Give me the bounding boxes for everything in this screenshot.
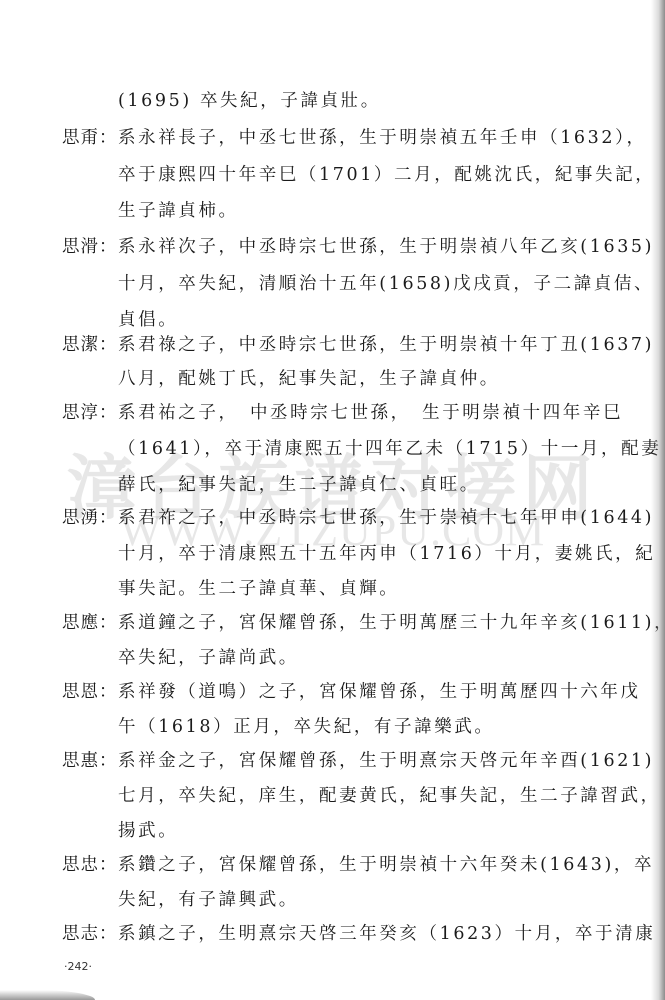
entry-name: 思滑： <box>62 236 118 258</box>
entry-line: 事失記。生二子諱貞華、貞輝。 <box>118 578 399 600</box>
scan-edge-shadow <box>651 0 665 1000</box>
page-number: ·242· <box>64 960 92 973</box>
entry-name: 思甭： <box>62 127 118 149</box>
entry-name: 思志： <box>62 923 118 945</box>
entry-name: 思忠： <box>62 854 118 876</box>
document-page: 漳台族谱对接网 WWW.ZTZUPU.COM (1695) 卒失紀，子諱貞壯。 … <box>0 0 665 1000</box>
entry-line: 系永祥次子，中丞時宗七世孫，生于明崇禎八年乙亥(1635) <box>118 236 654 258</box>
entry-line: 系君祐之子， 中丞時宗七世孫， 生于明崇禎十四年辛巳 <box>118 402 623 424</box>
entry-line: 系君祚之子，中丞時宗七世孫，生于崇禎十七年甲申(1644) <box>118 507 654 529</box>
entry-name: 思恩： <box>62 681 118 703</box>
entry-line: 系永祥長子，中丞七世孫，生于明崇禎五年壬申（1632）， <box>118 127 647 149</box>
entry-line: 十月，卒于清康熙五十五年丙申（1716）十月，妻姚氏，紀 <box>118 543 655 565</box>
entry-name: 思潔： <box>62 334 118 356</box>
entry-line: 系鎮之子，生明熹宗天啓三年癸亥（1623）十月，卒于清康 <box>118 923 655 945</box>
entry-line: 午（1618）正月，卒失紀，有子諱樂武。 <box>118 716 495 738</box>
entry-line: 卒失紀，子諱尚武。 <box>118 647 299 669</box>
entry-line: 卒于康熙四十年辛巳（1701）二月，配姚沈氏，紀事失記， <box>118 164 655 186</box>
entry-line: 八月，配姚丁氏，紀事失記，生子諱貞仲。 <box>118 368 500 390</box>
entry-name: 思惠： <box>62 750 118 772</box>
entry-line: 系道鐘之子，宮保耀曾孫，生于明萬歷三十九年辛亥(1611)， <box>118 612 665 634</box>
entry-line: 十月，卒失紀，清順治十五年(1658)戊戌貢，子二諱貞佶、 <box>118 273 654 295</box>
scan-bottom-shadow <box>0 990 95 1000</box>
entry-line: （1641），卒于清康熙五十四年乙未（1715）十一月，配妻 <box>118 438 661 460</box>
entry-line: 系鑽之子，宮保耀曾孫，生于明崇禎十六年癸未(1643)，卒 <box>118 854 654 876</box>
entry-name: 思應： <box>62 612 118 634</box>
entry-line: 貞倡。 <box>118 309 178 331</box>
entry-line: 失紀，有子諱興武。 <box>118 889 299 911</box>
continuation-line: (1695) 卒失紀，子諱貞壯。 <box>118 90 381 112</box>
entry-line: 系祥發（道鳴）之子，宮保耀曾孫，生于明萬歷四十六年戊 <box>118 681 641 703</box>
entry-line: 揚武。 <box>118 820 178 842</box>
entry-name: 思淳： <box>62 402 118 424</box>
entry-line: 七月，卒失紀，庠生，配妻黄氏，紀事失記，生二子諱習武， <box>118 785 661 807</box>
entry-line: 系君祿之子，中丞時宗七世孫，生于明崇禎十年丁丑(1637) <box>118 334 654 356</box>
entry-line: 生子諱貞柿。 <box>118 200 239 222</box>
entry-line: 薛氏，紀事失記，生二子諱貞仁、貞旺。 <box>118 474 480 496</box>
entry-line: 系祥金之子，宮保耀曾孫，生于明熹宗天啓元年辛酉(1621) <box>118 750 654 772</box>
entry-name: 思湧： <box>62 507 118 529</box>
